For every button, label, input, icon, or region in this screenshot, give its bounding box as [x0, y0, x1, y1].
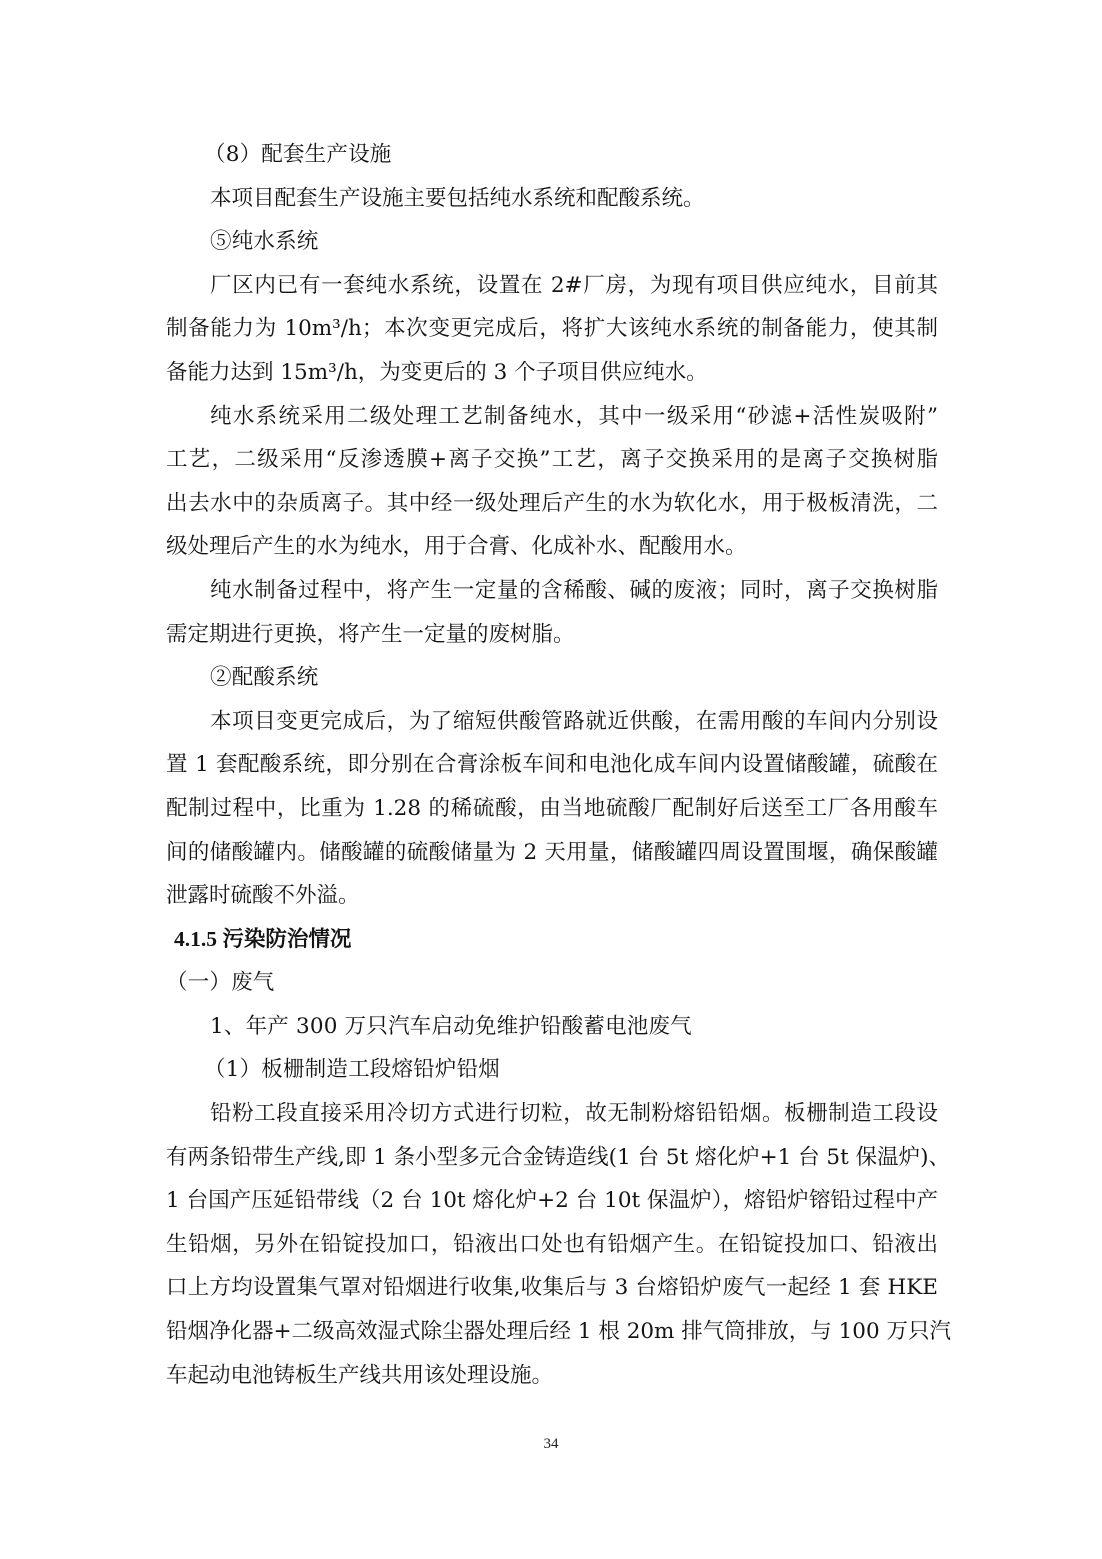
paragraph-pure-water-capacity: 厂区内已有一套纯水系统，设置在 2#厂房，为现有项目供应纯水，目前其 制备能力为…: [166, 264, 938, 395]
subheading-pure-water-system: ⑤纯水系统: [166, 220, 938, 264]
subheading-acid-system: ②配酸系统: [166, 656, 938, 700]
paragraph-line: 有两条铅带生产线,即 1 条小型多元合金铸造线(1 台 5t 熔化炉+1 台 5…: [166, 1136, 938, 1180]
paragraph-line: 泄露时硫酸不外溢。: [166, 874, 938, 918]
section-heading-4-1-5: 4.1.5 污染防治情况: [166, 918, 938, 962]
paragraph-pure-water-waste: 纯水制备过程中，将产生一定量的含稀酸、碱的废液；同时，离子交换树脂 需定期进行更…: [166, 569, 938, 656]
paragraph-line: 配制过程中，比重为 1.28 的稀硫酸，由当地硫酸厂配制好后送至工厂各用酸车: [166, 787, 938, 831]
document-page: （8）配套生产设施 本项目配套生产设施主要包括纯水系统和配酸系统。 ⑤纯水系统 …: [166, 133, 938, 1397]
paragraph-acid-system: 本项目变更完成后，为了缩短供酸管路就近供酸，在需用酸的车间内分别设 置 1 套配…: [166, 700, 938, 918]
category-heading-text: （一）废气: [166, 970, 275, 995]
paragraph-line: 间的储酸罐内。储酸罐的硫酸储量为 2 天用量，储酸罐四周设置围堰，确保酸罐: [166, 831, 938, 875]
paragraph-line: 需定期进行更换，将产生一定量的废树脂。: [166, 613, 938, 657]
paragraph-line: 1 台国产压延铅带线（2 台 10t 熔化炉+2 台 10t 保温炉），熔铅炉镕…: [166, 1179, 938, 1223]
paragraph-line: 本项目配套生产设施主要包括纯水系统和配酸系统。: [210, 177, 938, 221]
paragraph-supporting-intro: 本项目配套生产设施主要包括纯水系统和配酸系统。: [166, 177, 938, 221]
subheading-text: （1）板栅制造工段熔铅炉铅烟: [204, 1057, 500, 1082]
category-heading-waste-gas: （一）废气: [166, 961, 938, 1005]
subheading-text: （8）配套生产设施: [204, 142, 391, 167]
subheading-text: ②配酸系统: [210, 665, 319, 690]
subheading-battery-waste-gas: 1、年产 300 万只汽车启动免维护铅酸蓄电池废气: [166, 1005, 938, 1049]
paragraph-line: 本项目变更完成后，为了缩短供酸管路就近供酸，在需用酸的车间内分别设: [166, 700, 938, 744]
subheading-supporting-facilities: （8）配套生产设施: [166, 133, 938, 177]
paragraph-line: 口上方均设置集气罩对铅烟进行收集,收集后与 3 台熔铅炉废气一起经 1 套 HK…: [166, 1266, 938, 1310]
paragraph-line: 车起动电池铸板生产线共用该处理设施。: [166, 1354, 938, 1398]
paragraph-lead-fume-treatment: 铅粉工段直接采用冷切方式进行切粒，故无制粉熔铅铅烟。板栅制造工段设 有两条铅带生…: [166, 1092, 938, 1397]
paragraph-line: 制备能力为 10m³/h；本次变更完成后，将扩大该纯水系统的制备能力，使其制: [166, 307, 938, 351]
paragraph-line: 备能力达到 15m³/h，为变更后的 3 个子项目供应纯水。: [166, 351, 938, 395]
paragraph-line: 置 1 套配酸系统，即分别在合膏涂板车间和电池化成车间内设置储酸罐，硫酸在: [166, 743, 938, 787]
paragraph-line: 级处理后产生的水为纯水，用于合膏、化成补水、配酸用水。: [166, 525, 938, 569]
subheading-lead-smelting-fume: （1）板栅制造工段熔铅炉铅烟: [166, 1048, 938, 1092]
paragraph-line: 生铅烟，另外在铅锭投加口，铅液出口处也有铅烟产生。在铅锭投加口、铅液出: [166, 1223, 938, 1267]
page-number: 34: [0, 1436, 1102, 1453]
subheading-text: 1、年产 300 万只汽车启动免维护铅酸蓄电池废气: [210, 1014, 692, 1039]
paragraph-pure-water-process: 纯水系统采用二级处理工艺制备纯水，其中一级采用“砂滤+活性炭吸附” 工艺，二级采…: [166, 395, 938, 569]
paragraph-line: 纯水系统采用二级处理工艺制备纯水，其中一级采用“砂滤+活性炭吸附”: [166, 395, 938, 439]
paragraph-line: 铅烟净化器+二级高效湿式除尘器处理后经 1 根 20m 排气筒排放，与 100 …: [166, 1310, 938, 1354]
paragraph-line: 纯水制备过程中，将产生一定量的含稀酸、碱的废液；同时，离子交换树脂: [166, 569, 938, 613]
paragraph-line: 出去水中的杂质离子。其中经一级处理后产生的水为软化水，用于极板清洗，二: [166, 482, 938, 526]
paragraph-line: 工艺，二级采用“反渗透膜+离子交换”工艺，离子交换采用的是离子交换树脂: [166, 438, 938, 482]
paragraph-line: 厂区内已有一套纯水系统，设置在 2#厂房，为现有项目供应纯水，目前其: [166, 264, 938, 308]
paragraph-line: 铅粉工段直接采用冷切方式进行切粒，故无制粉熔铅铅烟。板栅制造工段设: [166, 1092, 938, 1136]
subheading-text: ⑤纯水系统: [210, 229, 319, 254]
